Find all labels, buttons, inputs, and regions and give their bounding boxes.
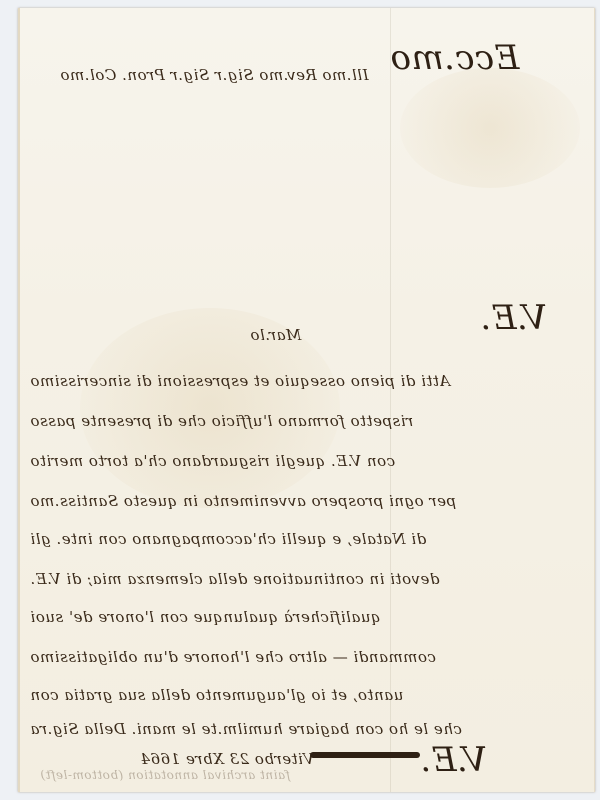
body-line: rispetto formano l'ufficio che di presen… <box>30 412 413 430</box>
signature-date: Viterbo 23 Xbre 1664 <box>140 750 314 768</box>
document-page: Ecc.mo Ill.mo Rev.mo Sig.r Sig.r Pron. C… <box>18 8 595 792</box>
header-flourish: Ecc.mo <box>390 38 519 78</box>
heading: Mar.lo <box>250 326 301 344</box>
body-line: devoti in continuatione della clemenza m… <box>30 570 440 588</box>
salutation: V.E. <box>480 298 547 338</box>
body-line: uanto, et io gl'augumento della sua grat… <box>30 686 403 704</box>
body-line: di Natale, e quelli ch'accompagnano con … <box>30 530 426 548</box>
body-line: con V.E. quegli risguardano ch'a torto m… <box>30 452 395 470</box>
margin-note: faint archival annotation (bottom-left) <box>40 768 290 782</box>
signature-flourish-stroke <box>310 752 420 758</box>
paper-stain <box>400 68 580 188</box>
body-line: qualificherà qualunque con l'onore de' s… <box>30 608 381 626</box>
body-line: Atti di pieno ossequio et espressioni di… <box>30 372 450 390</box>
body-line: per ogni prospero avvenimento in questo … <box>30 492 456 510</box>
body-line: commandi — altro che l'honore d'un oblig… <box>30 648 436 666</box>
body-line: che le ho con bagiare humilm.te le mani.… <box>30 720 462 738</box>
closing-initials: V.E. <box>420 740 487 780</box>
header-line: Ill.mo Rev.mo Sig.r Sig.r Pron. Col.mo <box>60 66 369 84</box>
